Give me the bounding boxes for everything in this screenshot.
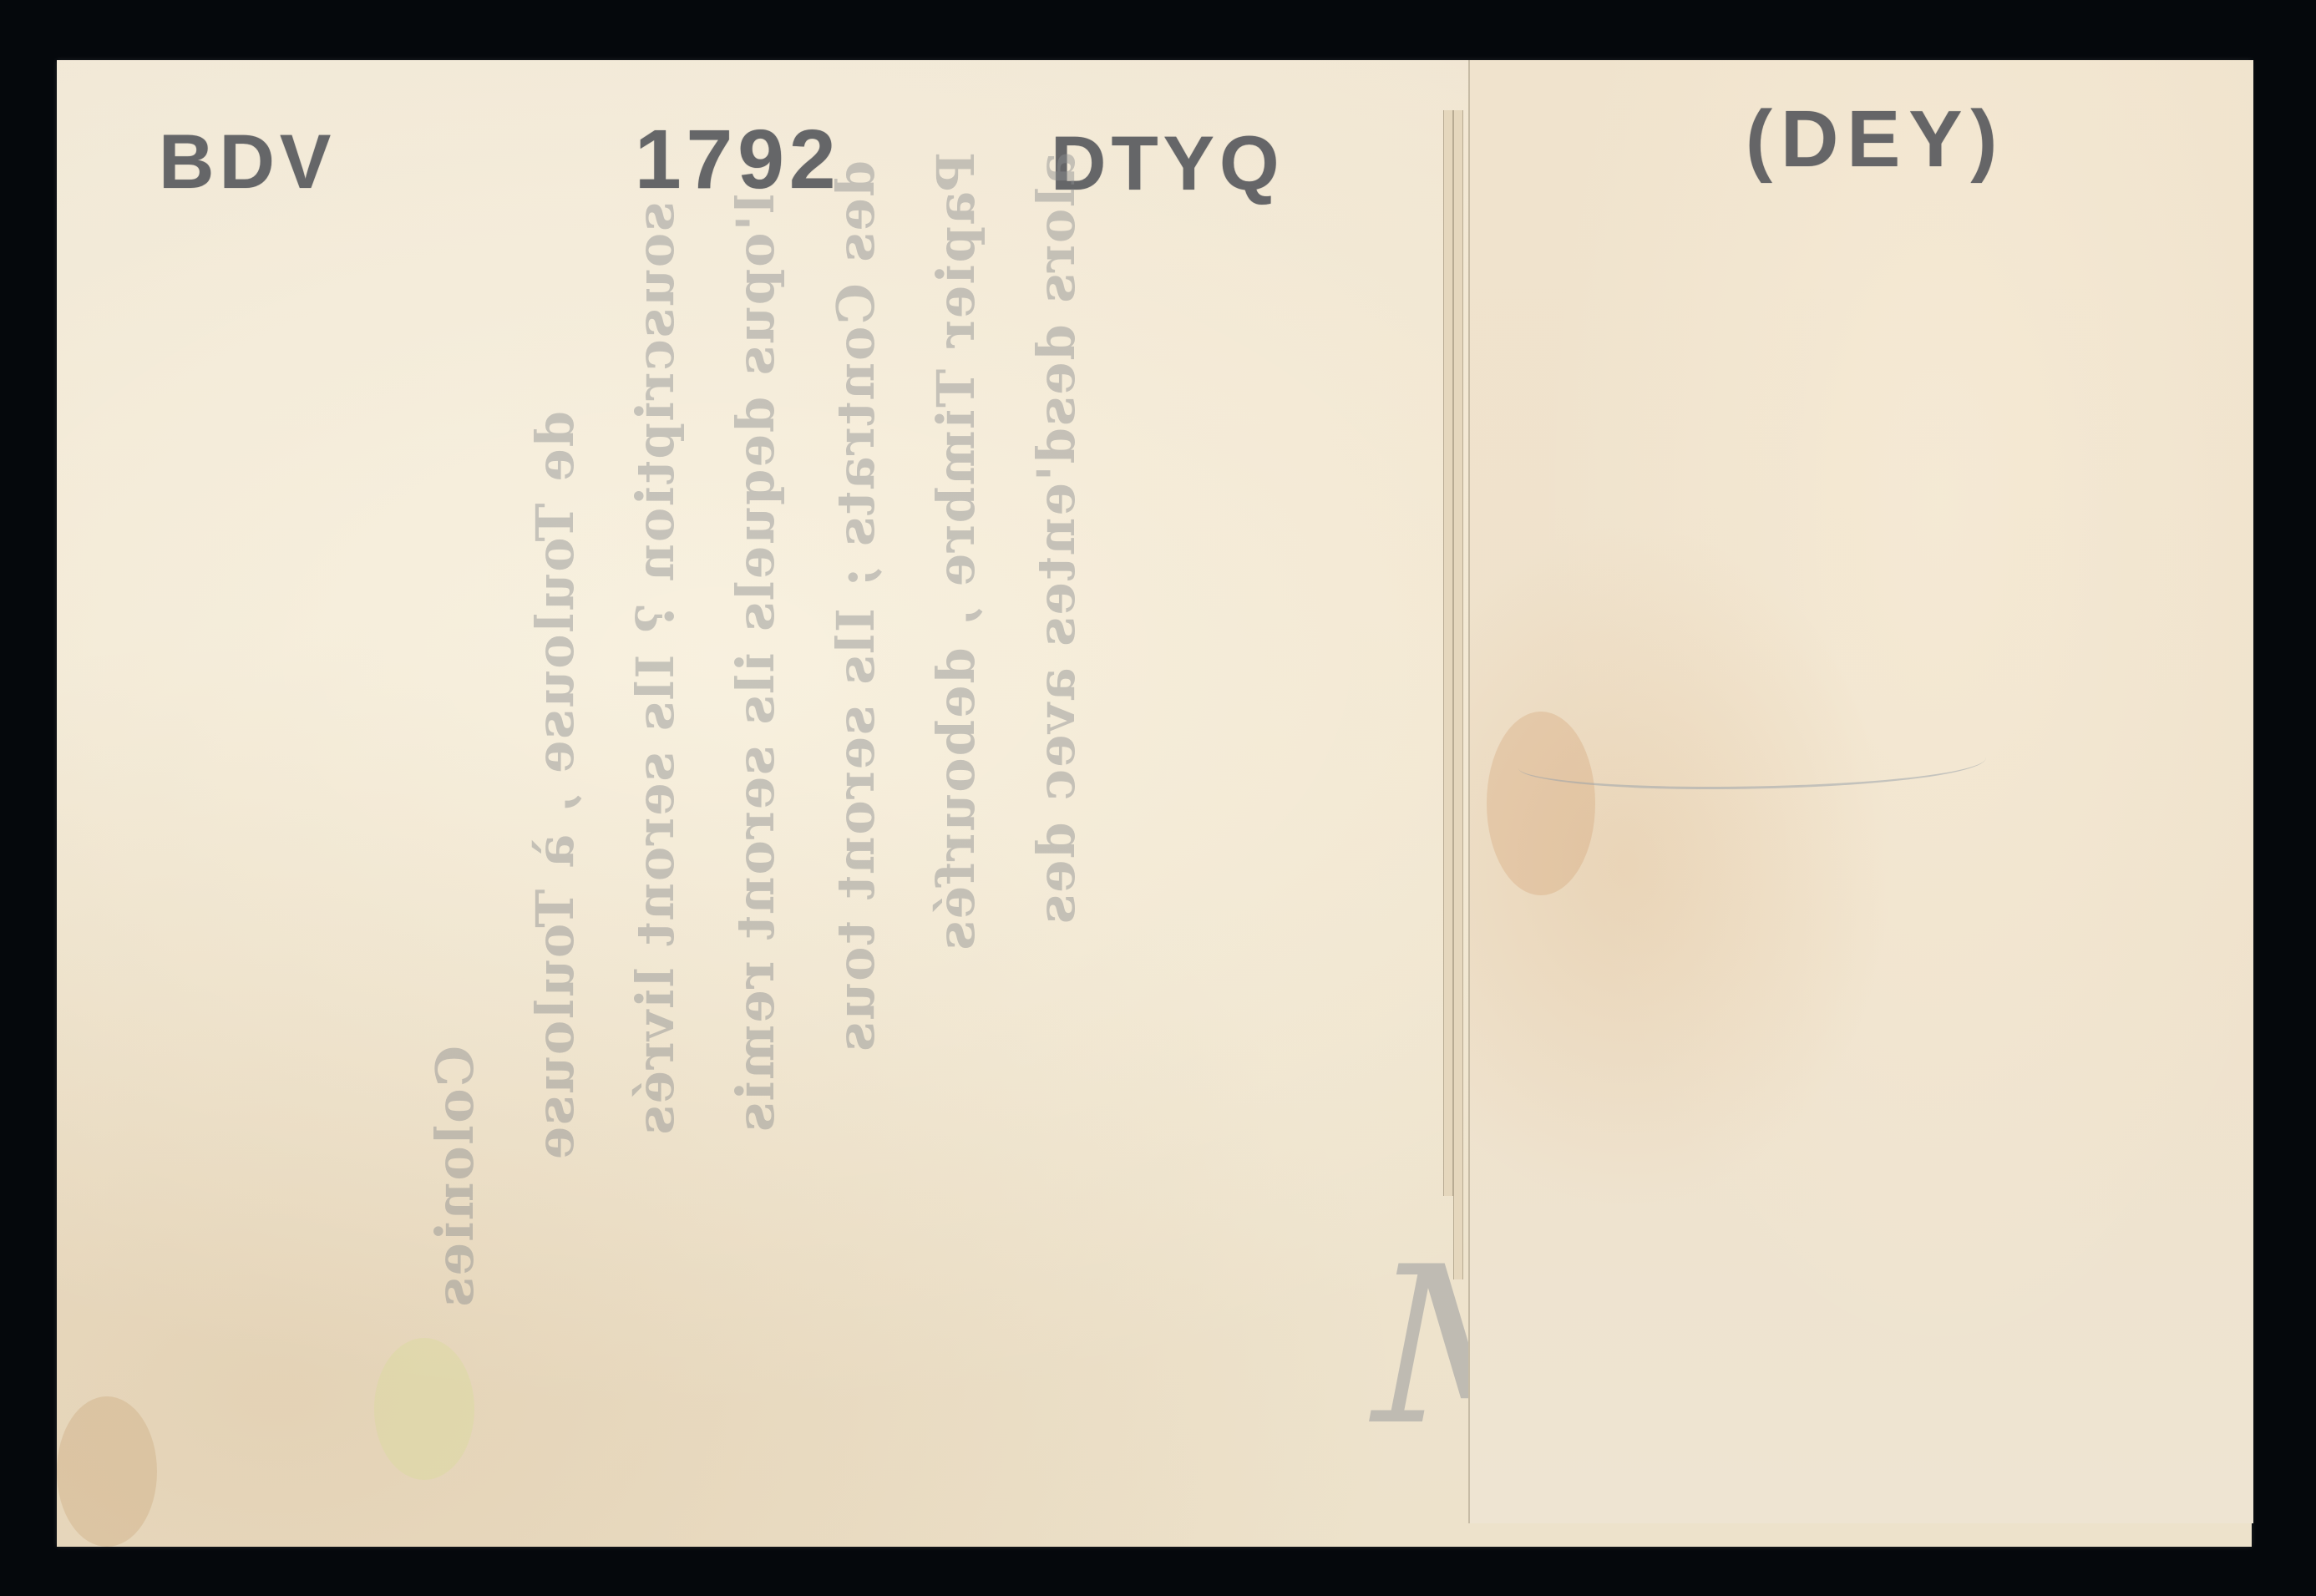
bleed-through-line: souscription ? Ils seront livrés [625,202,686,1137]
stain [57,1396,157,1547]
folded-letter: BDV 1792 DTYQ alors desd'entes avec des … [57,60,2252,1547]
bleed-through-line: des Contrats ; Ils seront tous [825,160,886,1053]
bleed-through-line: de Toulouse , à Toulouse [525,411,585,1161]
bleed-through-line: Papier Timbre , debourfés [925,152,986,952]
pencil-note-bdv: BDV [159,119,336,206]
fold-edge [1443,110,1453,1196]
letter-flap: (DEY) [1468,60,2253,1523]
bleed-through-line: Colonies [424,1046,485,1309]
bleed-through-line: alors desd'entes avec des [1026,152,1087,925]
pencil-note-dey: (DEY) [1746,94,2005,185]
stain [374,1338,474,1480]
letter-back-panel: BDV 1792 DTYQ alors desd'entes avec des … [57,60,1468,1547]
fold-edge [1453,110,1463,1279]
bleed-through-line: l'opus dequels ils seront remis [725,194,786,1133]
